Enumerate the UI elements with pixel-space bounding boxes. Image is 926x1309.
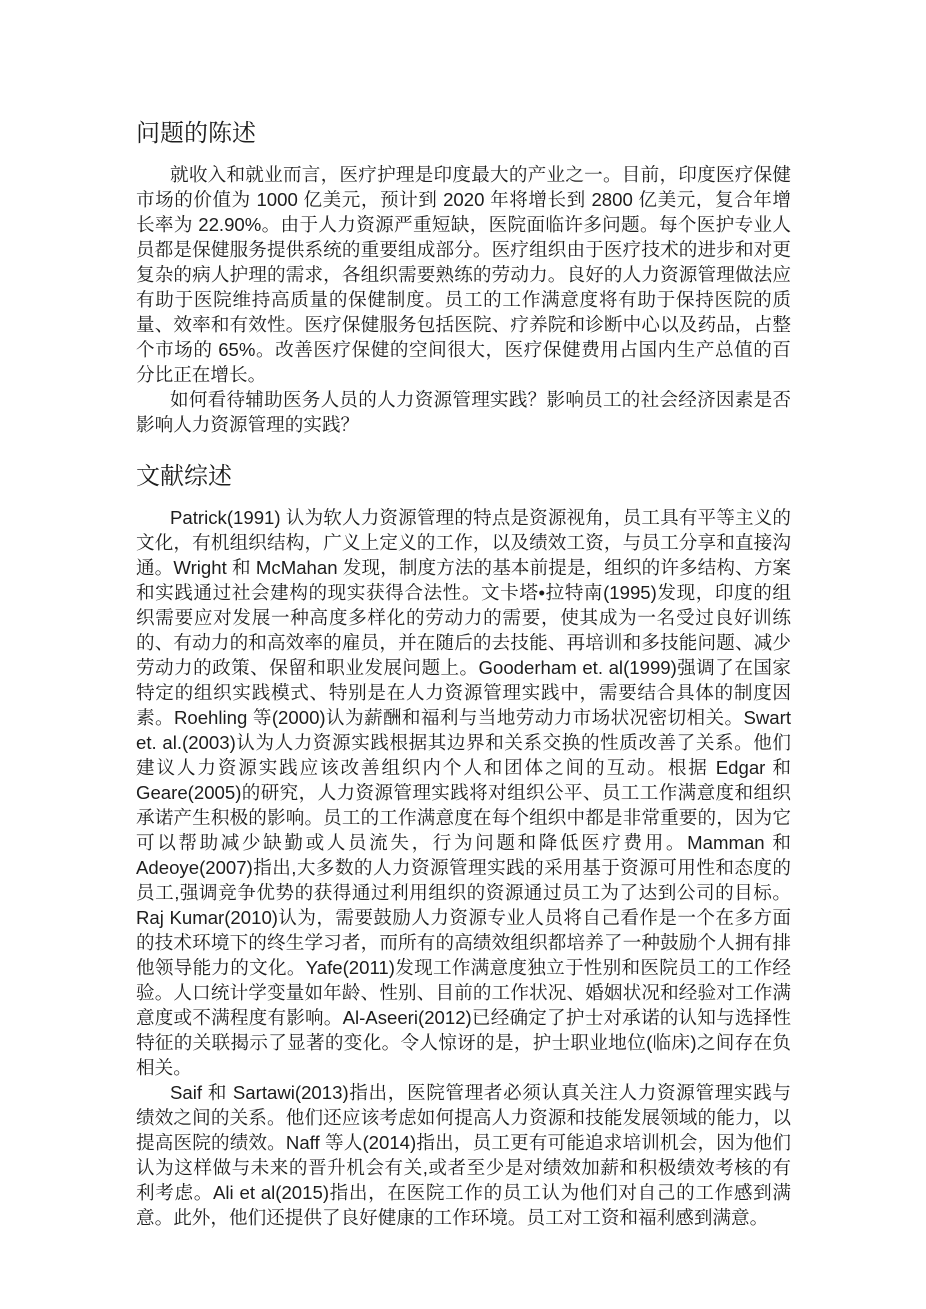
paragraph-problem-statement-intro: 就收入和就业而言，医疗护理是印度最大的产业之一。目前，印度医疗保健市场的价值为 … [136, 162, 791, 387]
document-page: 问题的陈述 就收入和就业而言，医疗护理是印度最大的产业之一。目前，印度医疗保健市… [0, 0, 926, 1309]
paragraph-literature-review-recent: Saif 和 Sartawi(2013)指出，医院管理者必须认真关注人力资源管理… [136, 1080, 791, 1230]
paragraph-literature-review-main: Patrick(1991) 认为软人力资源管理的特点是资源视角，员工具有平等主义… [136, 505, 791, 1080]
section-problem-statement: 问题的陈述 就收入和就业而言，医疗护理是印度最大的产业之一。目前，印度医疗保健市… [136, 121, 791, 437]
section-literature-review: 文献综述 Patrick(1991) 认为软人力资源管理的特点是资源视角，员工具… [136, 464, 791, 1230]
paragraph-research-questions: 如何看待辅助医务人员的人力资源管理实践？影响员工的社会经济因素是否影响人力资源管… [136, 387, 791, 437]
heading-problem-statement: 问题的陈述 [136, 121, 791, 147]
heading-literature-review: 文献综述 [136, 464, 791, 490]
